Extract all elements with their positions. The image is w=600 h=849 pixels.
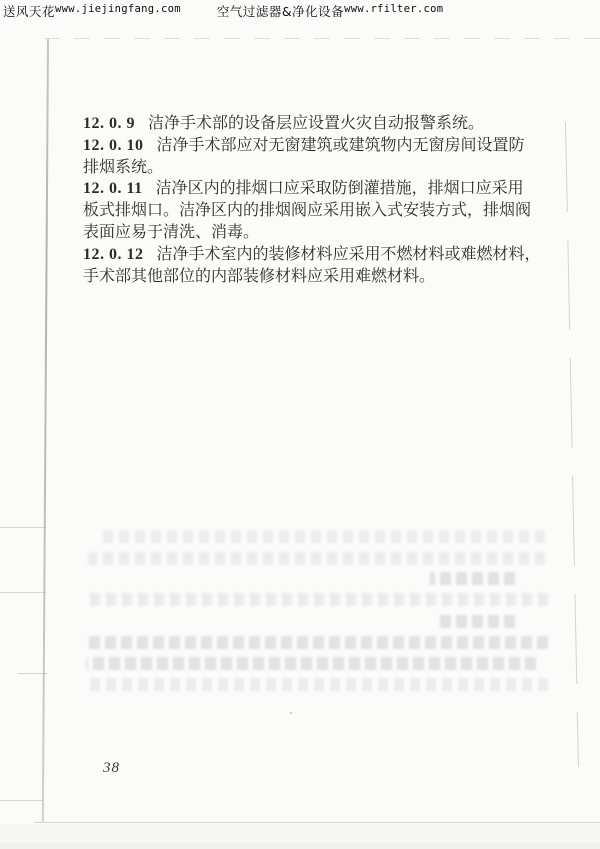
- bleedthrough-text-row: [435, 615, 515, 628]
- watermark-right-url: www.rfilter.com: [344, 2, 443, 15]
- clause-number: 12. 0. 9: [83, 115, 135, 132]
- clause-line: 表面应易于清洗、消毒。: [83, 222, 521, 244]
- clause-text: 排烟系统。: [83, 159, 163, 176]
- clause-line: 12. 0. 11洁净区内的排烟口应采取防倒灌措施，排烟口应采用: [83, 178, 521, 200]
- scanner-background-band: [0, 843, 600, 849]
- clause-text-block: 12. 0. 9洁净手术部的设备层应设置火灾自动报警系统。 12. 0. 10洁…: [83, 113, 521, 287]
- bleedthrough-text-row: [430, 572, 515, 585]
- clause-line: 12. 0. 12洁净手术室内的装修材料应采用不燃材料或难燃材料，: [83, 244, 521, 266]
- page-edge-right: [565, 122, 579, 767]
- margin-scan-streak: [0, 800, 43, 801]
- clause-text: 表面应易于清洗、消毒。: [83, 224, 259, 241]
- paper-speck: [290, 712, 292, 714]
- bleedthrough-text-row: [86, 593, 548, 606]
- page-number: 38: [103, 760, 120, 777]
- clause-text: 板式排烟口。洁净区内的排烟阀应采用嵌入式安装方式，排烟阀: [83, 202, 531, 219]
- scanned-document-page: 送风天花www.jiejingfang.com空气过滤器&净化设备www.rfi…: [0, 0, 600, 849]
- clause-number: 12. 0. 11: [83, 180, 143, 197]
- clause-number: 12. 0. 12: [83, 246, 144, 263]
- watermark-header: 送风天花www.jiejingfang.com空气过滤器&净化设备www.rfi…: [3, 2, 443, 20]
- watermark-left-site-name: 送风天花: [3, 4, 55, 19]
- margin-scan-streak: [18, 673, 47, 674]
- margin-scan-streak: [0, 527, 46, 528]
- bleedthrough-text-row: [88, 552, 545, 565]
- page-edge-left: [42, 39, 49, 822]
- watermark-left-url: www.jiejingfang.com: [55, 2, 181, 15]
- clause-line: 手术部其他部位的内部装修材料应采用难燃材料。: [83, 266, 521, 288]
- clause-line: 12. 0. 10洁净手术部应对无窗建筑或建筑物内无窗房间设置防: [83, 135, 521, 157]
- clause-line: 板式排烟口。洁净区内的排烟阀应采用嵌入式安装方式，排烟阀: [83, 200, 521, 222]
- page-edge-top: [44, 38, 600, 39]
- margin-scan-streak: [0, 592, 46, 593]
- clause-number: 12. 0. 10: [83, 137, 144, 154]
- clause-line: 12. 0. 9洁净手术部的设备层应设置火灾自动报警系统。: [83, 113, 521, 135]
- watermark-right-site-name: 空气过滤器&净化设备: [217, 4, 344, 19]
- clause-line: 排烟系统。: [83, 157, 521, 179]
- clause-text: 洁净手术部应对无窗建筑或建筑物内无窗房间设置防: [157, 137, 525, 154]
- bleedthrough-text-row: [86, 678, 548, 691]
- bleedthrough-text-row: [86, 636, 548, 649]
- clause-text: 洁净手术室内的装修材料应采用不燃材料或难燃材料，: [157, 246, 541, 263]
- bleedthrough-text-row: [86, 657, 536, 670]
- clause-text: 洁净区内的排烟口应采取防倒灌措施，排烟口应采用: [156, 180, 524, 197]
- clause-text: 手术部其他部位的内部装修材料应采用难燃材料。: [83, 268, 435, 285]
- bleedthrough-text-row: [100, 530, 545, 543]
- clause-text: 洁净手术部的设备层应设置火灾自动报警系统。: [148, 115, 484, 132]
- page-edge-bottom: [34, 822, 600, 823]
